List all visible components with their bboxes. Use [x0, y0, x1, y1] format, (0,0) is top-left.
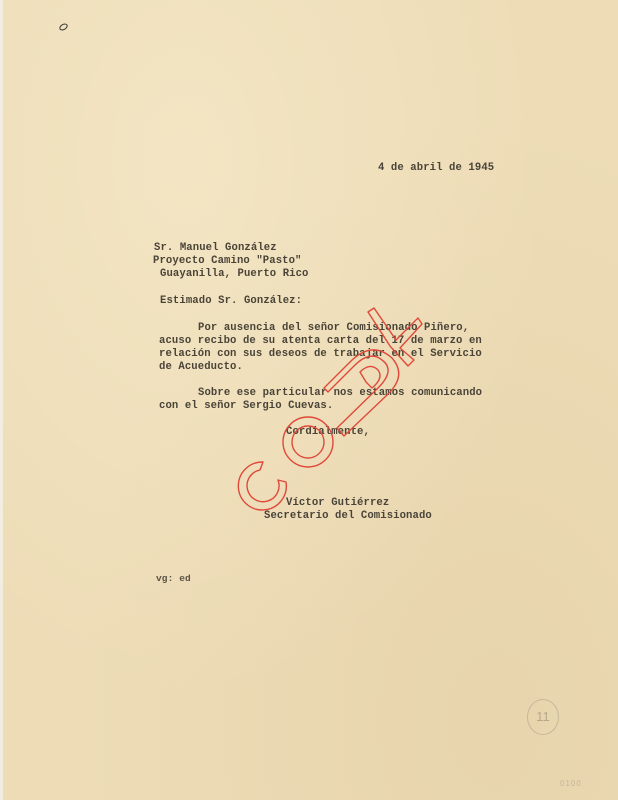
paragraph-2-line-2: con el señor Sergio Cuevas. — [159, 400, 333, 413]
ink-blot-mark — [58, 22, 69, 32]
signature-title: Secretario del Comisionado — [264, 510, 432, 523]
paragraph-1-line-4: de Acueducto. — [159, 361, 243, 374]
page-edge — [0, 0, 3, 800]
recipient-name: Sr. Manuel González — [154, 242, 277, 255]
paragraph-2-line-1: Sobre ese particular nos estamos comunic… — [198, 387, 482, 400]
recipient-location: Guayanilla, Puerto Rico — [160, 268, 309, 281]
letter-date: 4 de abril de 1945 — [378, 162, 494, 175]
archive-mark: 0100 — [560, 779, 582, 788]
page-number-circle: 11 — [527, 699, 559, 735]
paragraph-1-line-1: Por ausencia del señor Comisionado Piñer… — [198, 322, 469, 335]
closing: Cordialmente, — [286, 426, 370, 439]
paragraph-1-line-2: acuso recibo de su atenta carta del 17 d… — [159, 335, 482, 348]
letter-page: 4 de abril de 1945 Sr. Manuel González P… — [0, 0, 618, 800]
salutation: Estimado Sr. González: — [160, 295, 302, 308]
recipient-organization: Proyecto Camino "Pasto" — [153, 255, 302, 268]
signature-name: Víctor Gutiérrez — [286, 497, 389, 510]
typist-initials: vg: ed — [156, 572, 191, 585]
paragraph-1-line-3: relación con sus deseos de trabajar en e… — [159, 348, 482, 361]
